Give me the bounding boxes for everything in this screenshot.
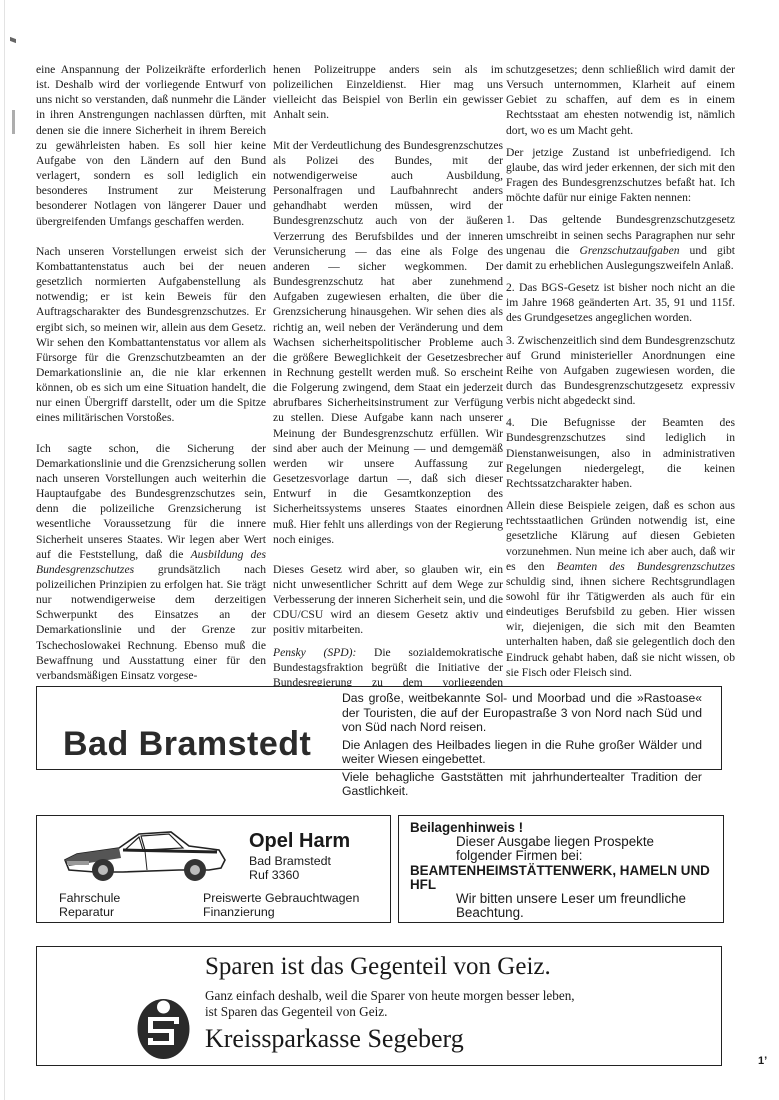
notice-title: Beilagenhinweis ! [410,821,720,835]
paragraph: Mit der Verdeutlichung des Bundesgrenzsc… [273,138,503,547]
ad-brand-title: Kreissparkasse Segeberg [205,1024,464,1054]
list-item: 4. Die Befugnisse der Beamten des Bundes… [506,415,735,491]
scan-smudge [12,110,15,134]
page-number: 1’ [758,1055,767,1067]
paragraph: schutzgesetzes; denn schließlich wird da… [506,62,735,138]
services-right: Preiswerte Gebrauchtwagen Finanzierung [203,891,359,919]
ad-headline: Sparen ist das Gegenteil von Geiz. [205,953,551,981]
scan-mark [10,37,16,43]
ad-opel-harm: Opel Harm Bad Bramstedt Ruf 3360 Fahrsch… [36,815,391,923]
emphasis: Grenzschutzaufgaben [579,244,679,257]
ad-body: Das große, weitbekannte Sol- und Moorbad… [342,691,702,802]
ad-bad-bramstedt: Bad Bramstedt Das große, weitbekannte So… [36,686,722,770]
paragraph: henen Polizeitruppe anders sein als im p… [273,62,503,123]
car-illustration-icon [59,824,229,886]
paragraph: Der jetzige Zustand ist unbefriedigend. … [506,145,735,206]
paragraph: Dieses Gesetz wird aber, so glauben wir,… [273,562,503,638]
ad-brand-title: Opel Harm [249,830,350,853]
paragraph: eine Anspannung der Polizeikräfte erford… [36,62,266,229]
ad-body: Ganz einfach deshalb, weil die Sparer vo… [205,988,575,1020]
list-item: 3. Zwischenzeitlich sind dem Bundesgrenz… [506,333,735,409]
emphasis: Beamten des Bundesgrenzschutzes [557,560,735,573]
ad-kreissparkasse: Sparen ist das Gegenteil von Geiz. Ganz … [36,946,722,1066]
list-item: 1. Das geltende Bundesgrenzschutzgesetz … [506,212,735,273]
ad-address: Bad Bramstedt Ruf 3360 [249,854,331,882]
speaker-name: Pensky (SPD): [273,646,356,659]
paragraph: Allein diese Beispiele zeigen, daß es sc… [506,498,735,680]
article-column-1: eine Anspannung der Polizeikräfte erford… [36,62,266,690]
sparkasse-logo-icon [136,991,191,1061]
paragraph: Ich sagte schon, die Sicherung der Demar… [36,441,266,684]
scan-edge [4,0,5,1100]
article-column-3: schutzgesetzes; denn schließlich wird da… [506,62,735,687]
paragraph: Nach unseren Vorstellungen erweist sich … [36,244,266,426]
insert-notice-box: Beilagenhinweis ! Dieser Ausgabe liegen … [398,815,724,923]
article-column-2: henen Polizeitruppe anders sein als im p… [273,62,503,712]
services-left: Fahrschule Reparatur [59,891,120,919]
ad-brand-title: Bad Bramstedt [63,725,311,764]
list-item: 2. Das BGS-Gesetz ist bisher noch nicht … [506,280,735,325]
firm-names: BEAMTENHEIMSTÄTTENWERK, HAMELN UND HFL [410,864,720,892]
phone-number: Ruf 3360 [249,868,331,882]
